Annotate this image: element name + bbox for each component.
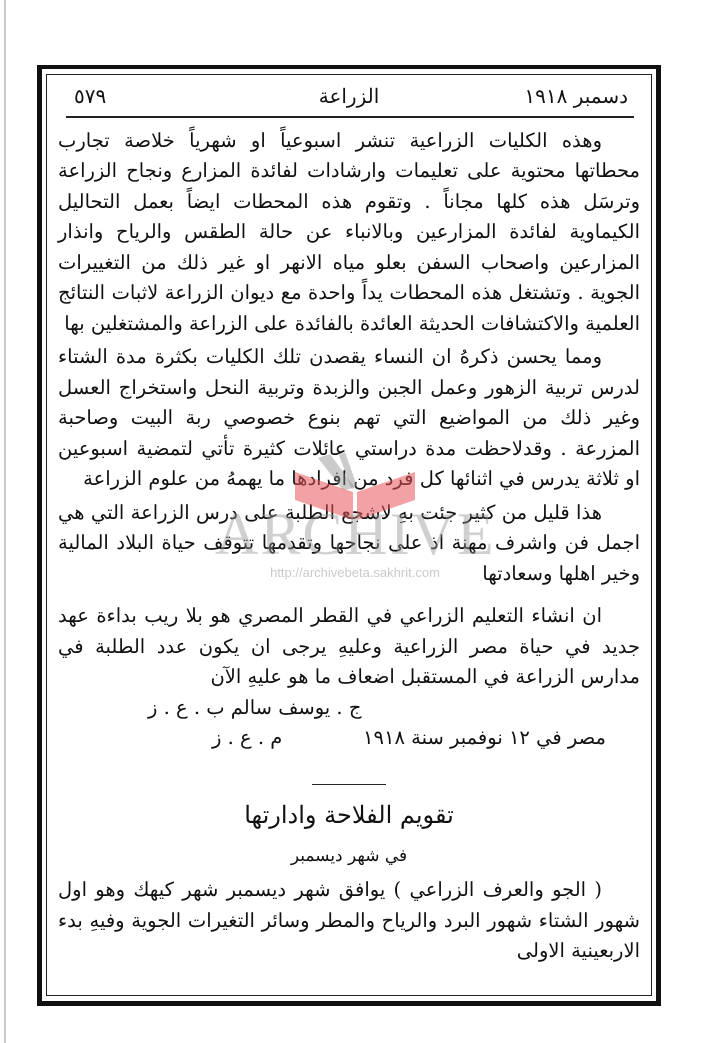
- section-divider: [312, 784, 386, 786]
- section-paragraph: ( الجو والعرف الزراعي ) يوافق شهر ديسمبر…: [52, 875, 646, 967]
- section-title: تقويم الفلاحة وادارتها: [52, 799, 646, 831]
- running-header: دسمبر ١٩١٨ الزراعة ٥٧٩: [52, 76, 646, 116]
- article-paragraph-2: ومما يحسن ذكرهُ ان النساء يقصدن تلك الكل…: [52, 342, 646, 495]
- scan-edge-line: [4, 0, 6, 1043]
- signature-row-2: مصر في ١٢ نوفمبر سنة ١٩١٨ م . ع . ز: [52, 723, 646, 754]
- section-subtitle: في شهر ديسمبر: [52, 843, 646, 869]
- page-number: ٥٧٩: [74, 84, 106, 108]
- signature-row-1: ج . يوسف سالم ب . ع . ز: [52, 693, 646, 724]
- signature-title: م . ع . ز: [212, 723, 282, 754]
- header-rule: [66, 116, 634, 118]
- article-paragraph-1: وهذه الكليات الزراعية تنشر اسبوعياً او ش…: [52, 126, 646, 340]
- article-paragraph-3: هذا قليل من كثير جئت بهِ لاشجع الطلبة عل…: [52, 498, 646, 590]
- page-content: دسمبر ١٩١٨ الزراعة ٥٧٩ وهذه الكليات الزر…: [52, 76, 646, 967]
- signature-author: ج . يوسف سالم ب . ع . ز: [148, 693, 361, 724]
- signature-place-date: مصر في ١٢ نوفمبر سنة ١٩١٨: [363, 723, 606, 754]
- header-date: دسمبر ١٩١٨: [524, 84, 628, 108]
- article-paragraph-4: ان انشاء التعليم الزراعي في القطر المصري…: [52, 601, 646, 693]
